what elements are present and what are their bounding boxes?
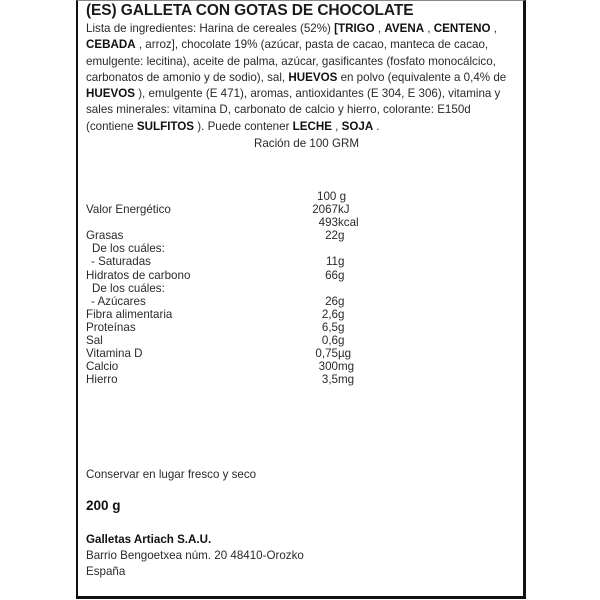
ingredient-text: , — [490, 22, 496, 35]
net-weight: 200 g — [86, 498, 121, 513]
storage-instructions: Conservar en lugar fresco y seco — [86, 468, 256, 481]
company-address: Barrio Bengoetxea núm. 20 48410-Orozko — [86, 549, 304, 562]
nutrient-unit: g — [338, 308, 344, 321]
nutrient-label: Hierro — [86, 373, 118, 386]
nutrient-unit: g — [338, 269, 344, 282]
ingredient-text: , — [375, 22, 385, 35]
serving-size: Ración de 100 GRM — [78, 137, 523, 150]
allergen: [TRIGO — [334, 22, 375, 35]
product-title: (ES) GALLETA CON GOTAS DE CHOCOLATE — [86, 2, 413, 20]
nutrient-label: Vitamina D — [86, 347, 143, 360]
nutrient-label: - Saturadas — [91, 255, 151, 268]
ingredient-text: . — [373, 120, 379, 133]
ingredient-text: Lista de ingredientes: Harina de cereale… — [86, 22, 334, 35]
nutrient-value: 493 — [319, 216, 338, 229]
ingredient-text: ). Puede contener — [194, 120, 293, 133]
nutrition-row: De los cuáles: — [86, 282, 386, 295]
column-header: 100 g — [317, 190, 346, 203]
company-name: Galletas Artiach S.A.U. — [86, 533, 211, 546]
nutrient-label: De los cuáles: — [92, 242, 165, 255]
company-country: España — [86, 565, 125, 578]
allergen: HUEVOS — [288, 71, 337, 84]
nutrition-row: Hidratos de carbono66g — [86, 269, 386, 282]
allergen: AVENA — [384, 22, 424, 35]
nutrient-value: 0,6 — [322, 334, 338, 347]
allergen: CENTENO — [434, 22, 491, 35]
allergen: HUEVOS — [86, 87, 135, 100]
nutrition-row: - Saturadas11g — [86, 255, 386, 268]
nutrient-value: 2067 — [312, 203, 338, 216]
nutrient-value: 3,5 — [322, 373, 338, 386]
nutrient-label: - Azúcares — [91, 295, 146, 308]
nutrient-unit: µg — [338, 347, 351, 360]
nutrient-value: 66 — [325, 269, 338, 282]
nutrient-value: 2,6 — [322, 308, 338, 321]
ingredient-text: , — [424, 22, 434, 35]
nutrient-value: 11 — [326, 255, 338, 268]
nutrition-row: Hierro3,5mg — [86, 373, 386, 386]
ingredient-text: en polvo (equivalente a 0,4% de — [337, 71, 506, 84]
nutrient-unit: g — [338, 295, 344, 308]
nutrient-label: De los cuáles: — [92, 282, 165, 295]
nutrition-table: 100 g Valor Energético2067kJ493kcalGrasa… — [86, 190, 386, 386]
nutrient-label: Calcio — [86, 360, 118, 373]
allergen: SULFITOS — [137, 120, 194, 133]
nutrient-unit: g — [338, 334, 344, 347]
nutrition-row: Proteínas6,5g — [86, 321, 386, 334]
nutrient-value: 6,5 — [322, 321, 338, 334]
nutrition-row: Sal0,6g — [86, 334, 386, 347]
nutrient-label: Hidratos de carbono — [86, 269, 190, 282]
nutrition-row: Valor Energético2067kJ — [86, 203, 386, 216]
ingredient-text: , — [332, 120, 342, 133]
nutrition-row: - Azúcares26g — [86, 295, 386, 308]
nutrition-row: Grasas22g — [86, 229, 386, 242]
nutrient-unit: mg — [338, 360, 354, 373]
nutrient-label: Sal — [86, 334, 103, 347]
nutrient-label: Fibra alimentaria — [86, 308, 172, 321]
nutrition-row: Calcio300mg — [86, 360, 386, 373]
nutrient-value: 300 — [319, 360, 338, 373]
nutrition-row: Fibra alimentaria2,6g — [86, 308, 386, 321]
allergen: SOJA — [342, 120, 374, 133]
nutrient-label: Grasas — [86, 229, 123, 242]
nutrient-unit: g — [338, 229, 344, 242]
allergen: CEBADA — [86, 38, 136, 51]
allergen: LECHE — [293, 120, 332, 133]
nutrition-row: 493kcal — [86, 216, 386, 229]
nutrient-value: 22 — [325, 229, 338, 242]
nutrient-value: 0,75 — [315, 347, 338, 360]
nutrient-unit: g — [338, 321, 344, 334]
nutrition-row: Vitamina D0,75µg — [86, 347, 386, 360]
nutrition-row: De los cuáles: — [86, 242, 386, 255]
nutrient-value: 26 — [325, 295, 338, 308]
nutrient-unit: mg — [338, 373, 354, 386]
nutrient-label: Valor Energético — [86, 203, 171, 216]
nutrient-unit: kcal — [338, 216, 359, 229]
nutrition-header-row: 100 g — [86, 190, 386, 203]
nutrition-label: (ES) GALLETA CON GOTAS DE CHOCOLATE List… — [76, 0, 526, 599]
nutrient-unit: g — [338, 255, 344, 268]
nutrient-unit: kJ — [338, 203, 350, 216]
nutrient-label: Proteínas — [86, 321, 136, 334]
ingredients-list: Lista de ingredientes: Harina de cereale… — [86, 21, 518, 135]
